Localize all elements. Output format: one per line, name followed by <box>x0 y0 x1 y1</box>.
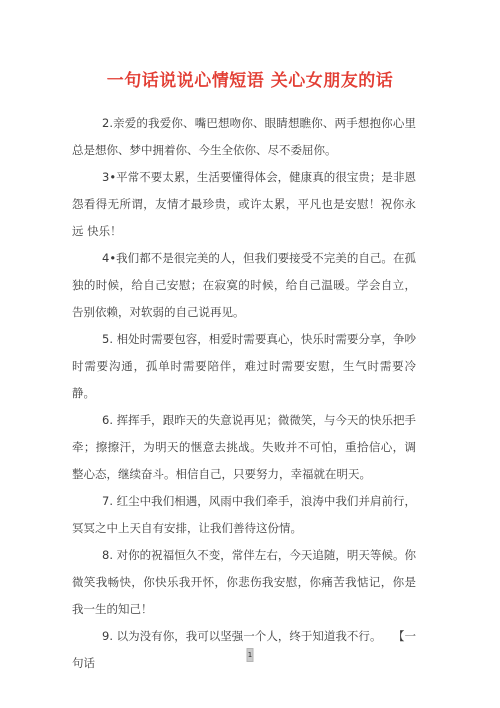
paragraph: 6. 挥挥手，跟昨天的失意说再见；微微笑，与今天的快乐把手牵；擦擦汗，为明天的惬… <box>72 407 416 488</box>
paragraph: 5. 相处时需要包容，相爱时需要真心，快乐时需要分享，争吵时需要沟通，孤单时需要… <box>72 326 416 407</box>
paragraph: 4•我们都不是很完美的人，但我们要接受不完美的自己。在孤独的时候，给自己安慰；在… <box>72 245 416 326</box>
paragraph: 8. 对你的祝福恒久不变，常伴左右，今天追随，明天等候。你微笑我畅快，你快乐我开… <box>72 542 416 623</box>
page-title: 一句话说说心情短语 关心女朋友的话 <box>0 0 500 91</box>
paragraph: 9. 以为没有你，我可以坚强一个人，终于知道我不行。 【一句话 <box>72 623 416 677</box>
paragraph: 2.亲爱的我爱你、嘴巴想吻你、眼睛想瞧你、两手想抱你心里总是想你、梦中拥着你、今… <box>72 110 416 164</box>
page-number-badge: 1 <box>247 648 254 662</box>
article-body: 2.亲爱的我爱你、嘴巴想吻你、眼睛想瞧你、两手想抱你心里总是想你、梦中拥着你、今… <box>0 110 500 677</box>
paragraph: 7. 红尘中我们相遇，风雨中我们牵手，浪涛中我们并肩前行，冥冥之中上天自有安排，… <box>72 488 416 542</box>
document-page: 一句话说说心情短语 关心女朋友的话 2.亲爱的我爱你、嘴巴想吻你、眼睛想瞧你、两… <box>0 0 500 708</box>
paragraph: 3•平常不要太累，生活要懂得体会，健康真的很宝贵；是非恩怨看得无所谓，友情才最珍… <box>72 164 416 245</box>
